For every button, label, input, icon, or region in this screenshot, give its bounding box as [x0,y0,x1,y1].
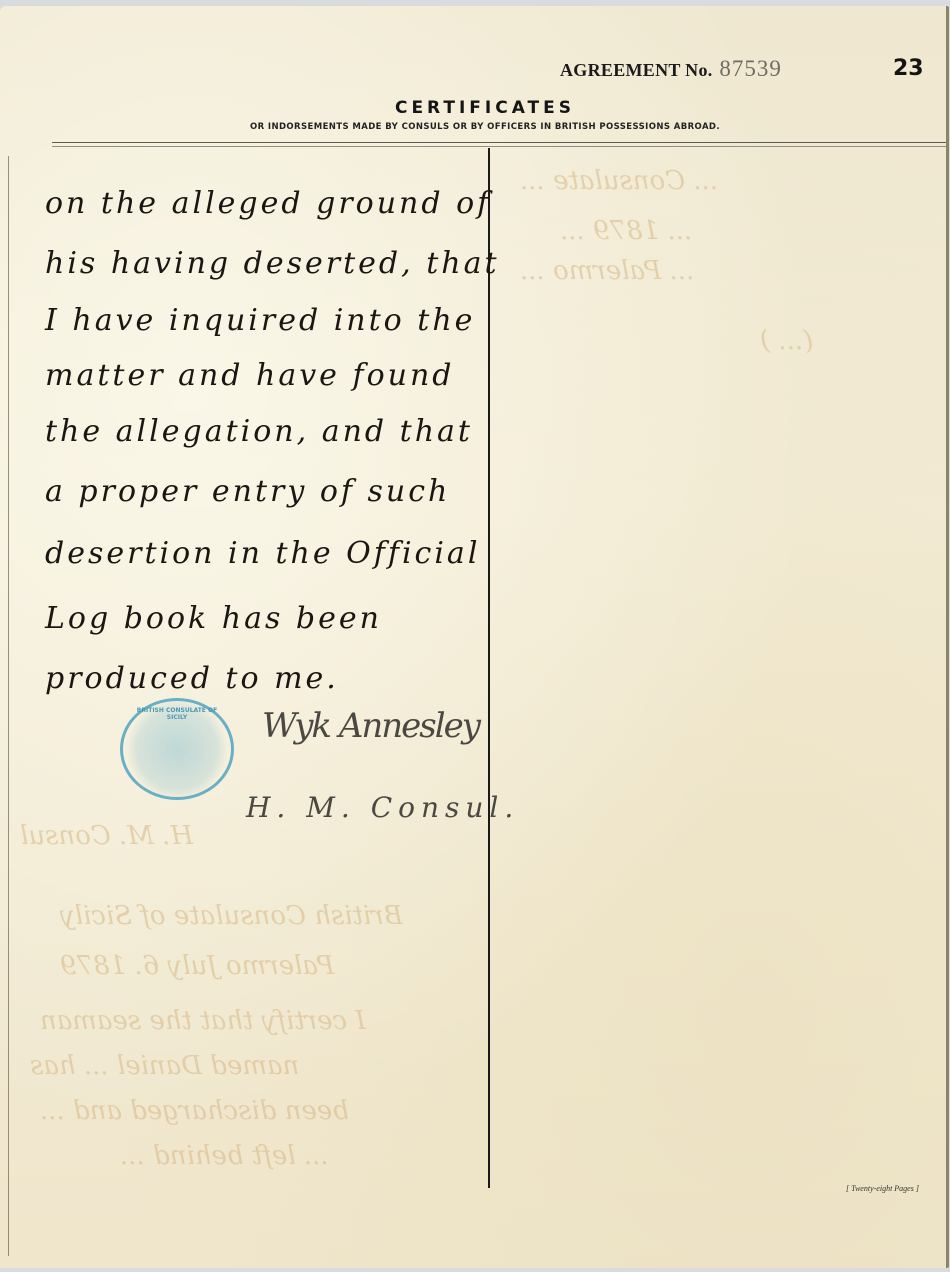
page-title: CERTIFICATES [0,98,950,118]
bleed-through-text: ... left behind ... [120,1141,329,1171]
handwritten-line: on the alleged ground of [45,186,491,221]
handwritten-line: desertion in the Official [45,536,480,571]
page-number: 23 [893,56,924,81]
handwritten-line: I have inquired into the [45,303,475,338]
bleed-through-text: ... 1879 ... [560,216,692,246]
column-divider [488,148,490,1188]
bleed-through-text: British Consulate of Sicily [60,901,403,931]
handwritten-line: the allegation, and that [45,414,473,449]
bleed-through-text: ... Consulate ... [520,166,718,196]
page-count-note: [ Twenty-eight Pages ] [846,1184,919,1193]
handwritten-line: Log book has been [45,601,382,636]
page-subtitle: OR INDORSEMENTS MADE BY CONSULS OR BY OF… [0,122,950,132]
consulate-stamp: BRITISH CONSULATE OF SICILY [120,698,234,800]
stamp-text: BRITISH CONSULATE OF SICILY [131,707,223,721]
bleed-through-text: ... Palermo ... [520,256,694,286]
handwritten-line: his having deserted, that [45,246,500,281]
bleed-through-text: H. M. Consul [20,821,193,851]
bleed-through-text: (... ) [760,326,813,356]
handwritten-line: matter and have found [45,358,454,393]
agreement-value: 87539 [719,56,782,81]
bleed-through-text: I certify that the seaman [40,1006,366,1036]
header-rule [52,142,946,147]
agreement-number: AGREEMENT No. 87539 [560,56,782,82]
bleed-through-text: named Daniel ... has [30,1051,299,1081]
bleed-through-text: Palermo July 6. 1879 [60,951,334,981]
consul-signature: Wyk Annesley [262,706,479,746]
handwritten-line: produced to me. [45,661,339,696]
binding-edge [8,156,9,1256]
agreement-label: AGREEMENT No. [560,60,713,80]
bleed-through-text: been discharged and ... [40,1096,349,1126]
handwritten-line: a proper entry of such [45,474,450,509]
signature-title: H. M. Consul. [246,791,519,824]
document-page: AGREEMENT No. 87539 23 CERTIFICATES OR I… [0,6,949,1268]
